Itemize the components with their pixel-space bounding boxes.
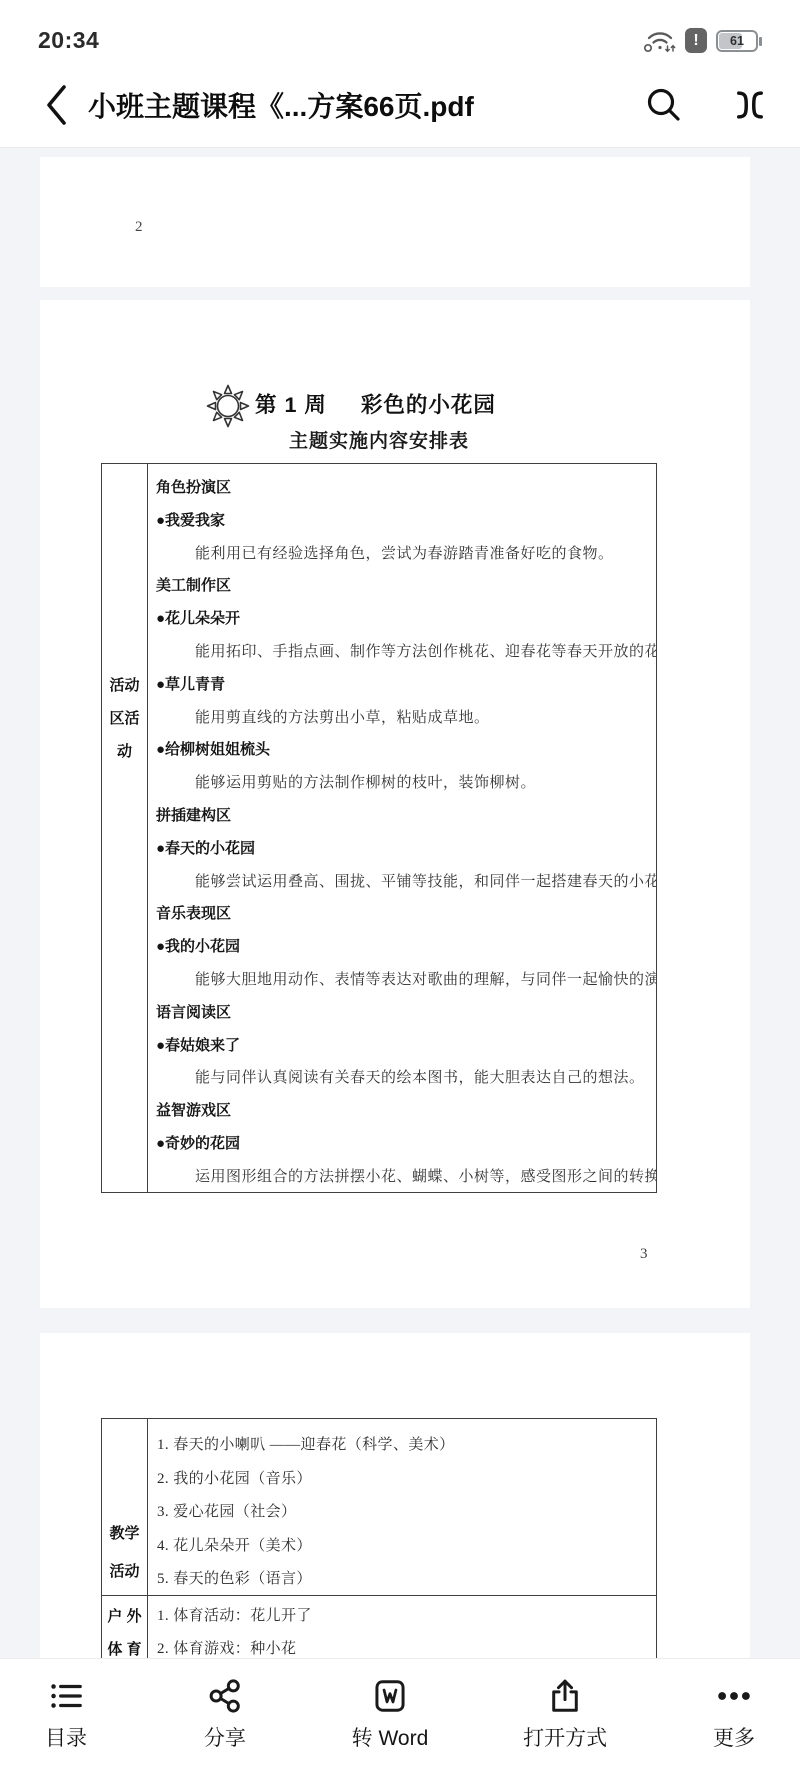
table-row-content: 角色扮演区●我爱我家能利用已有经验选择角色，尝试为春游踏青准备好吃的食物。美工制… [148,464,656,1192]
document-title: 小班主题课程《...方案66页.pdf [88,85,568,125]
table-text-line: 5. 春天的色彩（语言） [148,1563,656,1595]
table-text-line: 能与同伴认真阅读有关春天的绘本图书，能大胆表达自己的想法。 [148,1062,656,1095]
share-label: 分享 [204,1722,246,1752]
table-row-content: 1. 春天的小喇叭 ——迎春花（科学、美术）2. 我的小花园（音乐）3. 爱心花… [148,1419,656,1595]
row-label-line: 户 外 [102,1600,147,1633]
sim-alert-icon: ! [685,28,707,53]
open-with-button[interactable]: 打开方式 [523,1677,607,1752]
page-number: 3 [640,1246,648,1263]
back-icon[interactable] [44,82,70,128]
status-icons: ! 61 [643,27,758,54]
wifi-hotspot-icon [643,27,676,54]
week-title: 第 1 周彩色的小花园 [255,388,496,419]
battery-nub [759,37,762,46]
pdf-page-2: 2 [40,157,750,287]
table-text-line: ●春姑娘来了 [148,1030,656,1063]
table-text-line: 能够运用剪贴的方法制作柳树的枝叶，装饰柳树。 [148,767,656,800]
page-number: 2 [135,219,143,236]
more-label: 更多 [713,1722,755,1752]
table-text-line: 拼插建构区 [148,800,656,833]
table-subtitle: 主题实施内容安排表 [101,426,657,453]
table-text-line: ●我爱我家 [148,505,656,538]
table-text-line: 能利用已有经验选择角色，尝试为春游踏青准备好吃的食物。 [148,538,656,571]
convert-to-word-label: 转 Word [352,1722,429,1752]
catalog-button[interactable]: 目录 [34,1677,98,1752]
table-row-label: 活动区活动 [102,464,148,1192]
convert-to-word-button[interactable]: 转 Word [352,1677,429,1752]
share-button[interactable]: 分享 [193,1677,257,1752]
word-convert-icon [371,1677,409,1715]
table-text-line: ●奇妙的花园 [148,1128,656,1161]
table-text-line: 能用拓印、手指点画、制作等方法创作桃花、迎春花等春天开放的花朵。 [148,636,656,669]
table-text-line: 能用剪直线的方法剪出小草，粘贴成草地。 [148,702,656,735]
table-text-line: 美工制作区 [148,570,656,603]
table-text-line: 角色扮演区 [148,472,656,505]
week-theme: 彩色的小花园 [361,393,496,417]
bottom-toolbar: 目录 分享 转 Word [0,1658,800,1769]
battery-icon: 61 [716,30,758,52]
theme-content-table: 活动区活动 角色扮演区●我爱我家能利用已有经验选择角色，尝试为春游踏青准备好吃的… [101,463,657,1193]
table-text-line: 语言阅读区 [148,997,656,1030]
table-text-line: 运用图形组合的方法拼摆小花、蝴蝶、小树等，感受图形之间的转换。 [148,1161,656,1192]
row-label-line: 区活 [102,702,147,735]
week-number: 第 1 周 [255,393,327,417]
row-label-line: 动 [102,735,147,768]
table-text-line: 4. 花儿朵朵开（美术） [148,1530,656,1564]
table-text-line: 能够大胆地用动作、表情等表达对歌曲的理解，与同伴一起愉快的演唱歌曲。 [148,964,656,997]
table-text-line: 能够尝试运用叠高、围拢、平铺等技能，和同伴一起搭建春天的小花园。 [148,866,656,899]
battery-percent: 61 [718,32,756,50]
table-text-line: ●给柳树姐姐梳头 [148,734,656,767]
teaching-activities-row: 教学活动 1. 春天的小喇叭 ——迎春花（科学、美术）2. 我的小花园（音乐）3… [102,1419,656,1596]
nav-bar: 小班主题课程《...方案66页.pdf [0,62,800,148]
sun-icon [206,382,250,428]
more-button[interactable]: 更多 [702,1677,766,1752]
clock-time: 20:34 [38,27,99,54]
search-icon[interactable] [644,85,684,125]
open-with-label: 打开方式 [523,1722,607,1752]
pdf-scroll-area[interactable]: 2 [0,148,800,1769]
row-label-line: 活动 [102,1553,147,1591]
catalog-label: 目录 [45,1722,87,1752]
pdf-reader-screen: 20:34 ! 61 [0,0,800,1769]
table-text-line: 音乐表现区 [148,898,656,931]
catalog-icon [47,1677,85,1715]
more-icon [715,1677,753,1715]
share-icon [206,1677,244,1715]
table-text-line: 1. 体育活动：花儿开了 [148,1600,656,1633]
pdf-page-3: 第 1 周彩色的小花园 主题实施内容安排表 活动区活动 角色扮演区●我爱我家能利… [40,300,750,1308]
open-with-icon [546,1677,584,1715]
row-label-line: 教学 [102,1515,147,1553]
table-text-line: 益智游戏区 [148,1095,656,1128]
toolbox-icon[interactable] [730,85,770,125]
status-bar: 20:34 ! 61 [0,0,800,62]
table-text-line: ●我的小花园 [148,931,656,964]
table-text-line: 1. 春天的小喇叭 ——迎春花（科学、美术） [148,1429,656,1463]
table-text-line: 3. 爱心花园（社会） [148,1496,656,1530]
table-text-line: 2. 我的小花园（音乐） [148,1463,656,1497]
table-text-line: ●春天的小花园 [148,833,656,866]
week-title-row: 第 1 周彩色的小花园 [40,382,750,428]
table-row-label: 教学活动 [102,1419,148,1595]
row-label-line: 活动 [102,669,147,702]
table-text-line: ●草儿青青 [148,669,656,702]
table-text-line: ●花儿朵朵开 [148,603,656,636]
